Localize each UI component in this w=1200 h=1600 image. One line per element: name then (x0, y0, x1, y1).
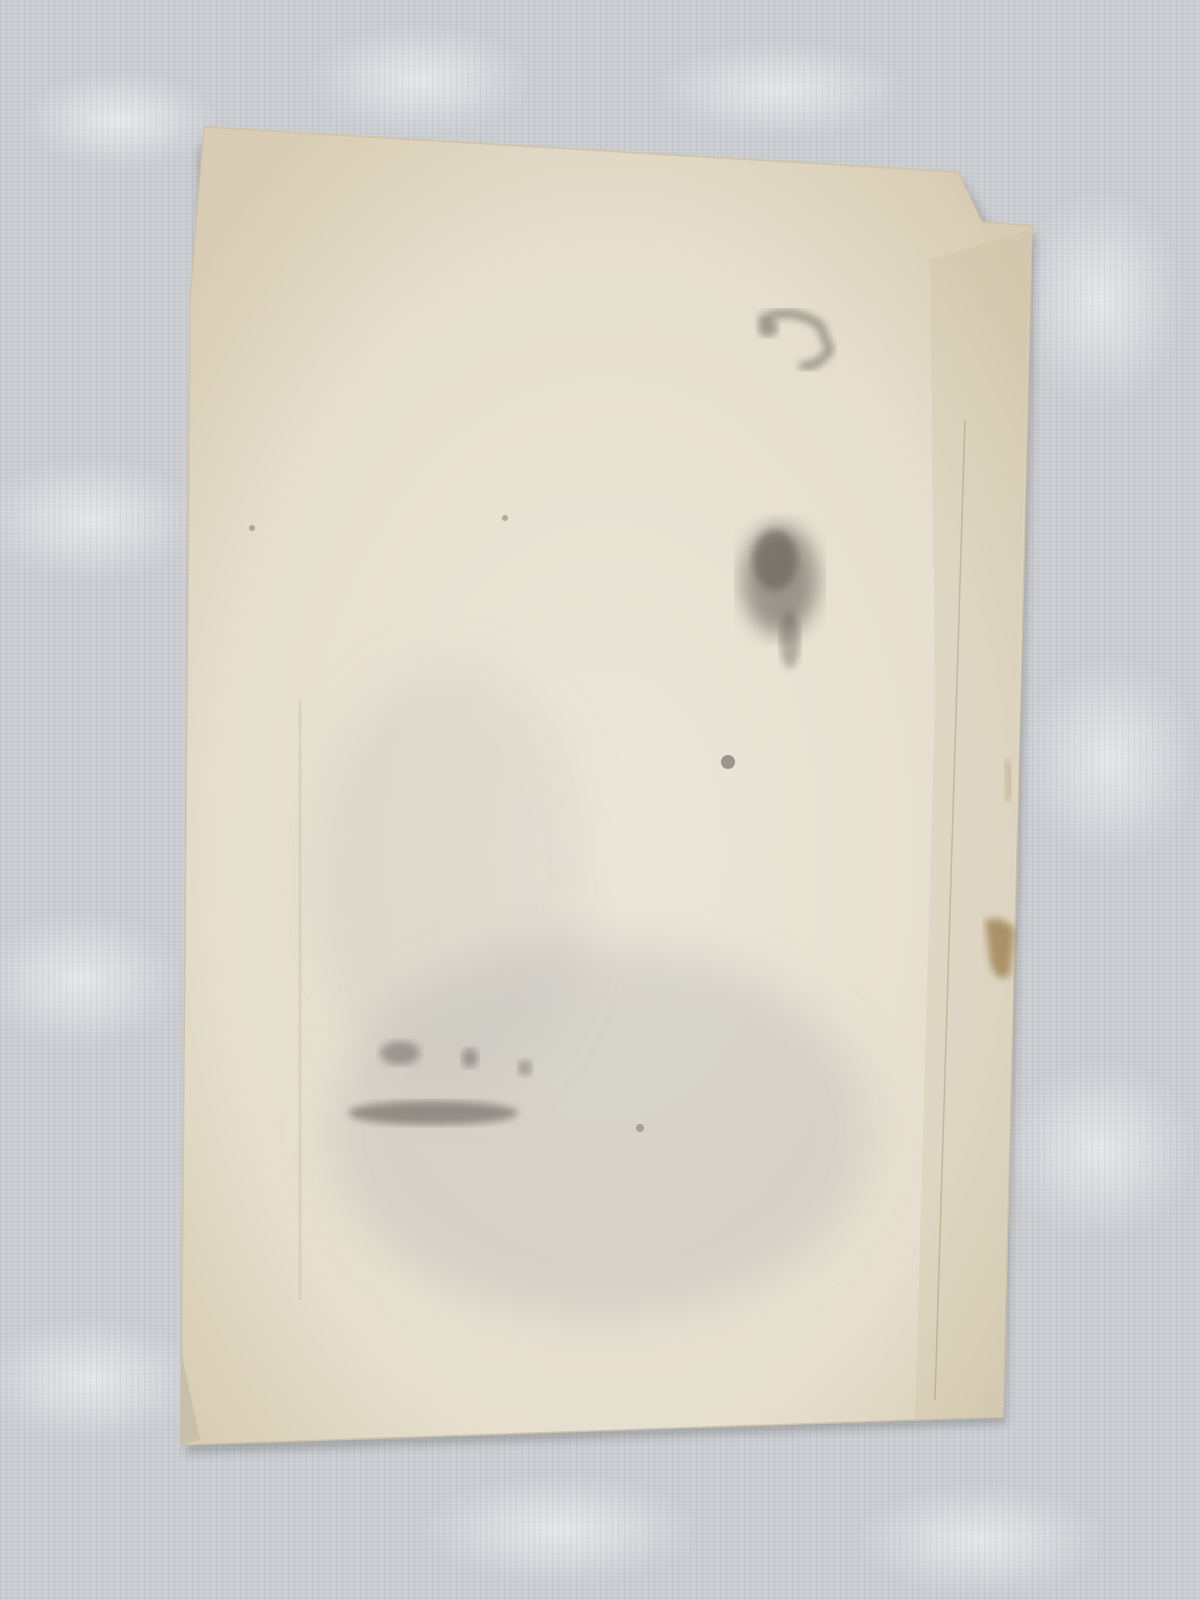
card-shape (0, 0, 1200, 1600)
paper-card (0, 0, 1200, 1600)
